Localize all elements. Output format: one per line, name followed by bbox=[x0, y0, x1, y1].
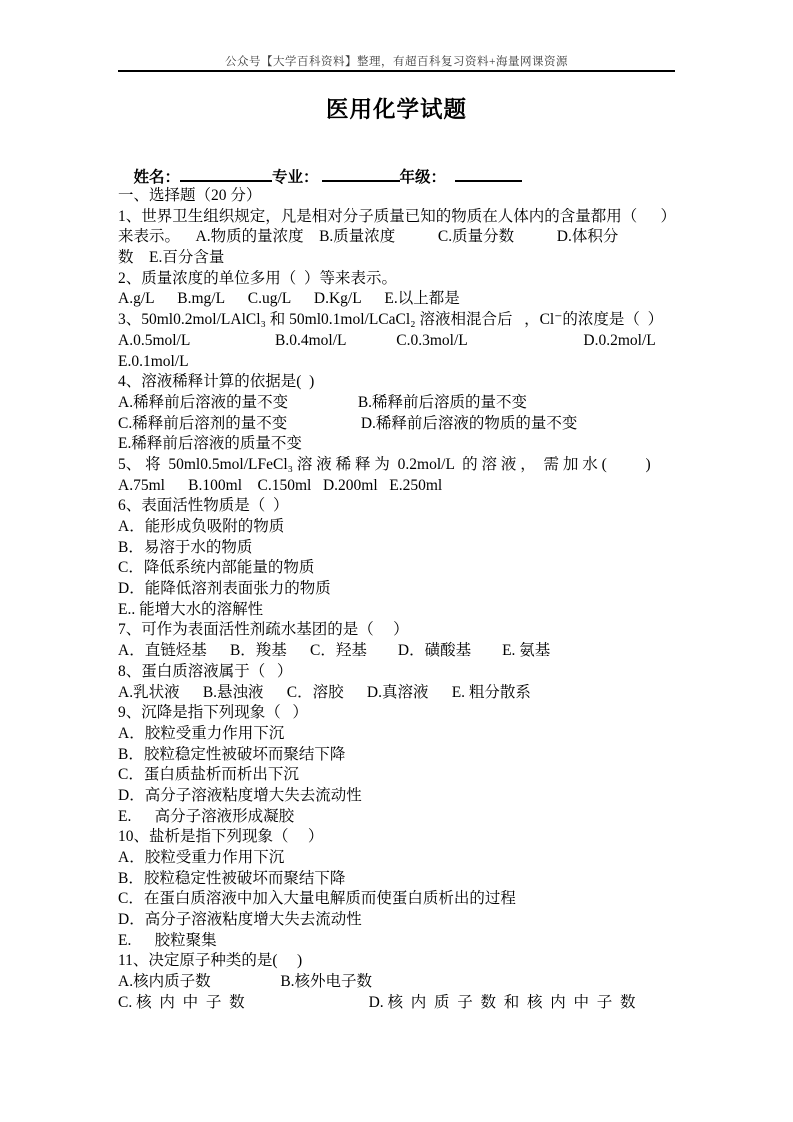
body-line: A.稀释前后溶液的量不变 B.稀释前后溶质的量不变 bbox=[118, 393, 678, 414]
body-line: 3、50ml0.2mol/LAlCl₃ 和 50ml0.1mol/LCaCl₂ … bbox=[118, 310, 678, 331]
header-divider bbox=[118, 70, 675, 72]
body-line: E. 胶粒聚集 bbox=[118, 931, 678, 952]
body-line: A．胶粒受重力作用下沉 bbox=[118, 848, 678, 869]
header-note: 公众号【大学百科资料】整理，有超百科复习资料+海量网课资源 bbox=[0, 53, 793, 69]
page-title: 医用化学试题 bbox=[118, 92, 675, 124]
body-line: C．蛋白质盐析而析出下沉 bbox=[118, 765, 678, 786]
body-line: A．直链烃基 B．羧基 C．羟基 D．磺酸基 E. 氨基 bbox=[118, 641, 678, 662]
body-line: 10、盐析是指下列现象（ ） bbox=[118, 827, 678, 848]
body-line: 6、表面活性物质是（ ） bbox=[118, 496, 678, 517]
body-line: C.稀释前后溶剂的量不变 D.稀释前后溶液的物质的量不变 bbox=[118, 414, 678, 435]
body-line: A.乳状液 B.悬浊液 C．溶胶 D.真溶液 E. 粗分散系 bbox=[118, 683, 678, 704]
body-line: 7、可作为表面活性剂疏水基团的是（ ） bbox=[118, 620, 678, 641]
body-line: 4、溶液稀释计算的依据是( ) bbox=[118, 372, 678, 393]
body-line: 5、 将 50ml0.5mol/LFeCl₃ 溶 液 稀 释 为 0.2mol/… bbox=[118, 455, 678, 476]
body-line: D．高分子溶液粘度增大失去流动性 bbox=[118, 910, 678, 931]
body-line: A.核内质子数 B.核外电子数 bbox=[118, 972, 678, 993]
name-label: 姓名： bbox=[134, 165, 181, 187]
body-line: 1、世界卫生组织规定，凡是相对分子质量已知的物质在人体内的含量都用（ ） bbox=[118, 207, 678, 228]
section-heading: 一、选择题（20 分） bbox=[118, 186, 678, 207]
body-line: 2、质量浓度的单位多用（ ）等来表示。 bbox=[118, 269, 678, 290]
body-line: A.0.5mol/L B.0.4mol/L C.0.3mol/L D.0.2mo… bbox=[118, 331, 678, 352]
body-line: 8、蛋白质溶液属于（ ） bbox=[118, 662, 678, 683]
body-line: C．在蛋白质溶液中加入大量电解质而使蛋白质析出的过程 bbox=[118, 889, 678, 910]
body-line: E.稀释前后溶液的质量不变 bbox=[118, 434, 678, 455]
body-line: E. 高分子溶液形成凝胶 bbox=[118, 807, 678, 828]
body-line: B．易溶于水的物质 bbox=[118, 538, 678, 559]
grade-blank bbox=[455, 164, 522, 182]
body-line: E.. 能增大水的溶解性 bbox=[118, 600, 678, 621]
body-line: A．能形成负吸附的物质 bbox=[118, 517, 678, 538]
body-line: B．胶粒稳定性被破坏而聚结下降 bbox=[118, 869, 678, 890]
body-line: D．高分子溶液粘度增大失去流动性 bbox=[118, 786, 678, 807]
body-line: B．胶粒稳定性被破坏而聚结下降 bbox=[118, 745, 678, 766]
body-line: 数 E.百分含量 bbox=[118, 248, 678, 269]
body-line: 11、决定原子种类的是( ) bbox=[118, 951, 678, 972]
grade-label: 年级： bbox=[400, 165, 447, 187]
exam-page: 公众号【大学百科资料】整理，有超百科复习资料+海量网课资源 医用化学试题 姓名：… bbox=[0, 0, 793, 1122]
body-line: C. 核 内 中 子 数 D. 核 内 质 子 数 和 核 内 中 子 数 bbox=[118, 993, 678, 1014]
body-line: A．胶粒受重力作用下沉 bbox=[118, 724, 678, 745]
body-line: 来表示。 A.物质的量浓度 B.质量浓度 C.质量分数 D.体积分 bbox=[118, 227, 678, 248]
body-line: A.g/L B.mg/L C.ug/L D.Kg/L E.以上都是 bbox=[118, 289, 678, 310]
body-line: A.75ml B.100ml C.150ml D.200ml E.250ml bbox=[118, 476, 678, 497]
body-line: D．能降低溶剂表面张力的物质 bbox=[118, 579, 678, 600]
body-line: C．降低系统内部能量的物质 bbox=[118, 558, 678, 579]
body-line: E.0.1mol/L bbox=[118, 352, 678, 373]
question-lines: 一、选择题（20 分）1、世界卫生组织规定，凡是相对分子质量已知的物质在人体内的… bbox=[118, 186, 678, 1014]
major-label: 专业： bbox=[272, 165, 319, 187]
body-line: 9、沉降是指下列现象（ ） bbox=[118, 703, 678, 724]
major-blank bbox=[322, 164, 400, 182]
name-blank bbox=[180, 164, 272, 182]
